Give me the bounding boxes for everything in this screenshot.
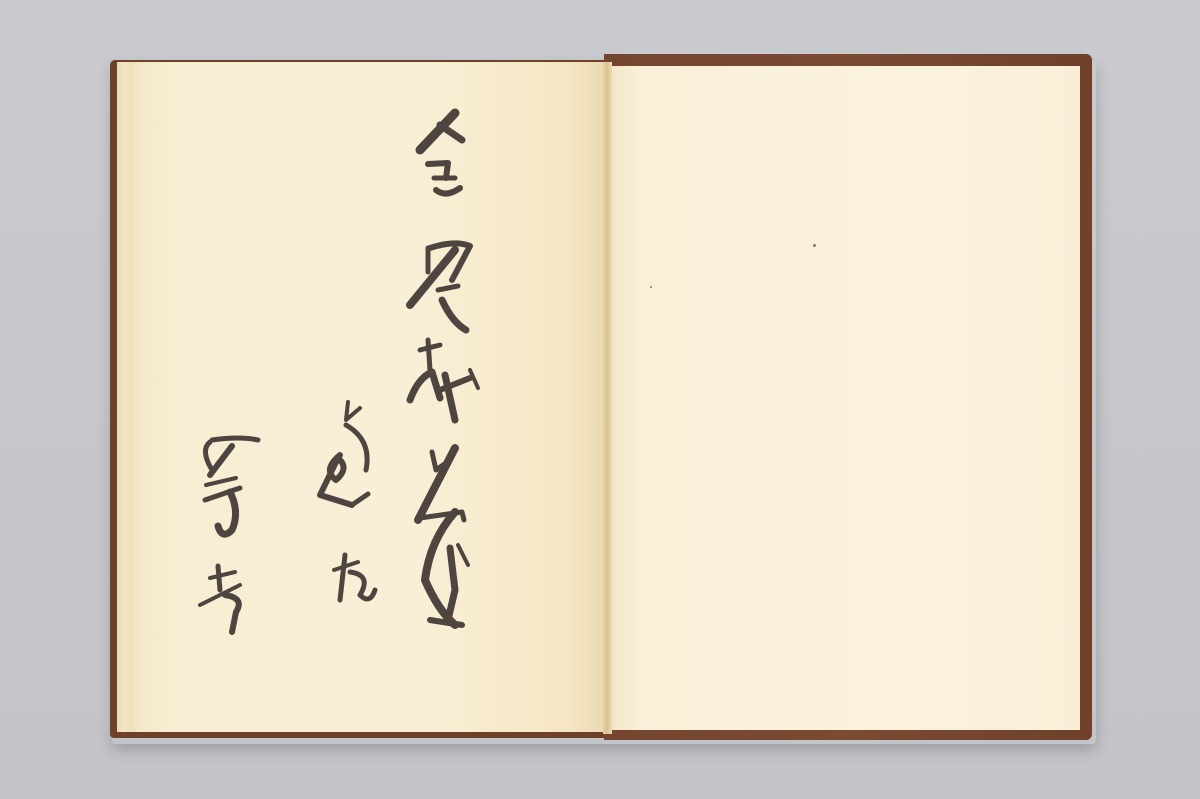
left-page [138, 62, 606, 732]
right-page [612, 66, 1080, 730]
paper-speck [813, 244, 816, 247]
paper-speck [650, 286, 652, 288]
book-gutter [603, 62, 612, 734]
